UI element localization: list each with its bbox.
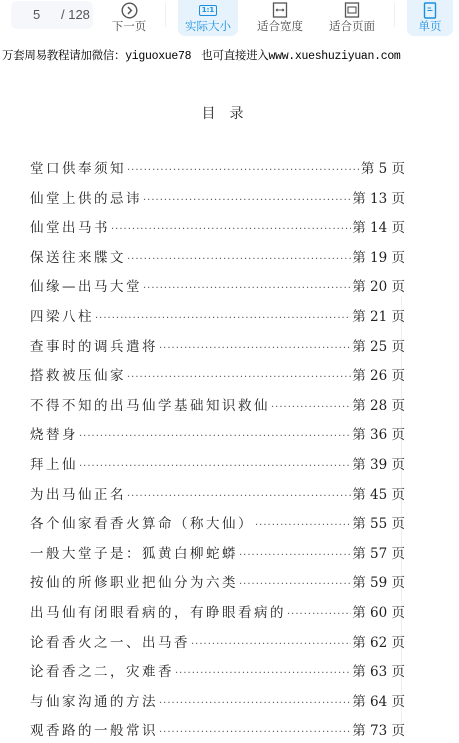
toc-entry[interactable]: 按仙的所修职业把仙分为六类···························… [30, 571, 405, 601]
fit-page-label: 适合页面 [329, 19, 375, 34]
toc-entry-page: 第 19 页 [352, 246, 405, 266]
toc-entry-title: 仙堂出马书 [30, 216, 110, 236]
banner-prefix: 万套周易教程请加微信： [2, 48, 125, 62]
toc-entry-title: 各个仙家看香火算命（称大仙） [30, 512, 254, 532]
toc-entry[interactable]: 拜上仙·····································… [30, 453, 405, 483]
page-title: 目录 [0, 103, 459, 123]
toc-entry-title: 一般大堂子是：狐黄白柳蛇蟒 [30, 542, 238, 562]
toc-entry-page: 第 25 页 [352, 335, 405, 355]
toc-leader-dots: ········································… [159, 727, 351, 738]
toc-entry-title: 观香路的一般常识 [30, 719, 158, 739]
toc-leader-dots: ········································… [127, 491, 351, 502]
toc-entry-page: 第 60 页 [352, 601, 405, 621]
toc-leader-dots: ········································… [271, 402, 351, 413]
actual-size-label: 实际大小 [185, 19, 231, 34]
toc-entry-page: 第 59 页 [352, 571, 405, 591]
toc-entry-page: 第 36 页 [352, 423, 405, 443]
toc-entry-title: 查事时的调兵遣将 [30, 335, 158, 355]
toc-entry[interactable]: 论看香之二，灾难香·······························… [30, 660, 405, 690]
toc-entry-page: 第 62 页 [352, 631, 405, 651]
toc-leader-dots: ········································… [95, 313, 351, 324]
toc-entry-page: 第 28 页 [352, 394, 405, 414]
toc-entry-page: 第 39 页 [352, 453, 405, 473]
toc-entry[interactable]: 仙堂出马书···································… [30, 216, 405, 246]
banner-wechat-id: yiguoxue78 [125, 50, 191, 63]
toc-entry-page: 第 5 页 [361, 157, 405, 177]
toc-entry[interactable]: 仙堂上供的忌讳·································… [30, 187, 405, 217]
toc-entry-title: 出马仙有闭眼看病的，有睁眼看病的 [30, 601, 286, 621]
actual-size-icon: 1:1 [199, 1, 218, 19]
toc-leader-dots: ········································… [239, 579, 351, 590]
toc-entry[interactable]: 出马仙有闭眼看病的，有睁眼看病的························… [30, 601, 405, 631]
toc-entry[interactable]: 各个仙家看香火算命（称大仙）··························… [30, 512, 405, 542]
toc-entry[interactable]: 四梁八柱····································… [30, 305, 405, 335]
toc-entry-title: 仙缘—出马大堂 [30, 275, 142, 295]
table-of-contents: 堂口供奉须知··································… [30, 157, 405, 743]
toc-leader-dots: ········································… [287, 609, 351, 620]
toc-entry-page: 第 26 页 [352, 364, 405, 384]
single-page-icon [423, 1, 437, 19]
toc-entry[interactable]: 烧替身·····································… [30, 423, 405, 453]
toc-leader-dots: ········································… [143, 283, 351, 294]
toc-entry-page: 第 45 页 [352, 483, 405, 503]
banner-middle: 也可直接进入 [201, 48, 268, 62]
toc-entry-page: 第 64 页 [352, 690, 405, 710]
toc-leader-dots: ········································… [159, 343, 351, 354]
toc-leader-dots: ········································… [127, 372, 351, 383]
toc-entry[interactable]: 观香路的一般常识································… [30, 719, 405, 743]
toc-entry[interactable]: 论看香火之一、出马香······························… [30, 631, 405, 661]
banner-url[interactable]: www.xueshuziyuan.com [269, 50, 401, 63]
toc-entry-title: 与仙家沟通的方法 [30, 690, 158, 710]
viewer-toolbar: 5 / 128 下一页 1:1 实际大小 适合宽度 适合页面 单页 [0, 0, 459, 38]
fit-width-icon [272, 1, 288, 19]
toc-entry[interactable]: 与仙家沟通的方法································… [30, 690, 405, 720]
toc-entry-title: 四梁八柱 [30, 305, 94, 325]
toc-entry-page: 第 13 页 [352, 187, 405, 207]
toc-entry-title: 拜上仙 [30, 453, 78, 473]
toc-entry-title: 按仙的所修职业把仙分为六类 [30, 571, 238, 591]
toc-leader-dots: ········································… [191, 639, 351, 650]
actual-size-icon-text: 1:1 [199, 5, 218, 16]
toc-entry-page: 第 63 页 [352, 660, 405, 680]
toc-leader-dots: ········································… [143, 195, 351, 206]
toc-leader-dots: ········································… [255, 520, 351, 531]
toc-entry-title: 论看香之二，灾难香 [30, 660, 174, 680]
toc-leader-dots: ········································… [239, 550, 351, 561]
toc-entry-title: 保送往来牒文 [30, 246, 126, 266]
toc-entry[interactable]: 堂口供奉须知··································… [30, 157, 405, 187]
toc-entry-title: 为出马仙正名 [30, 483, 126, 503]
fit-width-label: 适合宽度 [257, 19, 303, 34]
toc-entry-page: 第 14 页 [352, 216, 405, 236]
toc-entry[interactable]: 为出马仙正名··································… [30, 483, 405, 513]
toc-entry-page: 第 57 页 [352, 542, 405, 562]
toc-entry[interactable]: 保送往来牒文··································… [30, 246, 405, 276]
toc-entry[interactable]: 查事时的调兵遣将································… [30, 335, 405, 365]
toc-entry-page: 第 21 页 [352, 305, 405, 325]
toc-entry-page: 第 73 页 [352, 719, 405, 739]
fit-page-button[interactable]: 适合页面 [323, 0, 381, 36]
page-number-input[interactable]: 5 / 128 [11, 1, 93, 29]
toolbar-divider [394, 3, 395, 27]
toc-leader-dots: ········································… [79, 431, 351, 442]
toc-entry-title: 论看香火之一、出马香 [30, 631, 190, 651]
single-page-button[interactable]: 单页 [407, 0, 453, 36]
toc-entry-title: 不得不知的出马仙学基础知识救仙 [30, 394, 270, 414]
actual-size-button[interactable]: 1:1 实际大小 [178, 0, 238, 36]
fit-width-button[interactable]: 适合宽度 [252, 0, 308, 36]
single-page-label: 单页 [419, 19, 442, 34]
toc-entry[interactable]: 不得不知的出马仙学基础知识救仙·························… [30, 394, 405, 424]
toc-leader-dots: ········································… [111, 224, 351, 235]
fit-page-icon [344, 1, 360, 19]
toc-entry[interactable]: 搭救被压仙家··································… [30, 364, 405, 394]
chevron-right-circle-icon [121, 1, 138, 19]
promo-banner: 万套周易教程请加微信：yiguoxue78 也可直接进入www.xueshuzi… [0, 46, 459, 64]
toc-entry-title: 堂口供奉须知 [30, 157, 126, 177]
toc-entry[interactable]: 一般大堂子是：狐黄白柳蛇蟒···························… [30, 542, 405, 572]
toc-leader-dots: ········································… [159, 698, 351, 709]
toc-leader-dots: ········································… [79, 461, 351, 472]
toc-entry-title: 烧替身 [30, 423, 78, 443]
toc-entry-page: 第 55 页 [352, 512, 405, 532]
next-page-label: 下一页 [112, 19, 147, 34]
toc-leader-dots: ········································… [175, 668, 351, 679]
current-page[interactable]: 5 [33, 1, 40, 29]
toc-entry-title: 搭救被压仙家 [30, 364, 126, 384]
toc-entry-title: 仙堂上供的忌讳 [30, 187, 142, 207]
toolbar-divider [165, 3, 166, 27]
toc-leader-dots: ········································… [127, 254, 351, 265]
toc-entry-page: 第 20 页 [352, 275, 405, 295]
toc-leader-dots: ········································… [127, 165, 360, 176]
total-pages: / 128 [61, 1, 90, 29]
next-page-button[interactable]: 下一页 [103, 0, 155, 36]
toc-entry[interactable]: 仙缘—出马大堂·································… [30, 275, 405, 305]
